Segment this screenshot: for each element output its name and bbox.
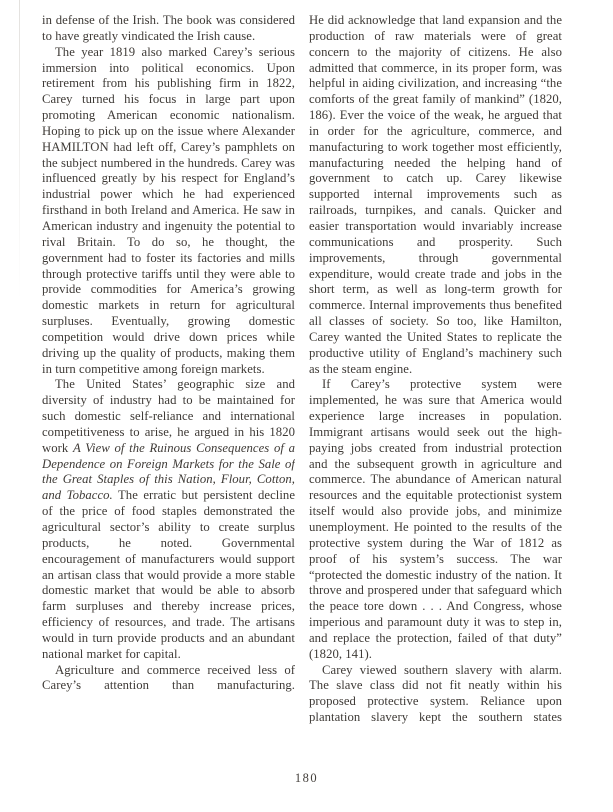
body-text-run: in defense of the Irish. The book was co…: [42, 13, 295, 43]
paragraph: The United States’ geographic size and d…: [42, 377, 295, 662]
body-text-run: He did acknowledge that land expansion a…: [309, 13, 562, 376]
page-footer: 180: [0, 769, 613, 787]
paragraph: in defense of the Irish. The book was co…: [42, 13, 295, 45]
body-text-run: The year 1819 also marked Carey’s seriou…: [42, 45, 295, 376]
paragraph: The year 1819 also marked Carey’s seriou…: [42, 45, 295, 378]
body-text-run: The erratic but persistent decline of th…: [42, 488, 295, 660]
page-number: 180: [295, 771, 318, 785]
body-text-run: Agriculture and commerce received less o…: [42, 663, 295, 693]
paragraph: Agriculture and commerce received less o…: [42, 663, 295, 695]
book-page: in defense of the Irish. The book was co…: [0, 0, 613, 812]
paragraph: If Carey’s protective system were implem…: [309, 377, 562, 662]
text-columns: in defense of the Irish. The book was co…: [42, 13, 563, 761]
paragraph: Carey viewed southern slavery with alarm…: [309, 663, 562, 726]
text-column-right: He did acknowledge that land expansion a…: [309, 13, 562, 761]
body-text-run: Carey viewed southern slavery with alarm…: [309, 663, 562, 725]
text-column-left: in defense of the Irish. The book was co…: [42, 13, 295, 761]
scan-shadow-line: [19, 0, 20, 300]
paragraph: He did acknowledge that land expansion a…: [309, 13, 562, 377]
body-text-run: If Carey’s protective system were implem…: [309, 377, 562, 660]
